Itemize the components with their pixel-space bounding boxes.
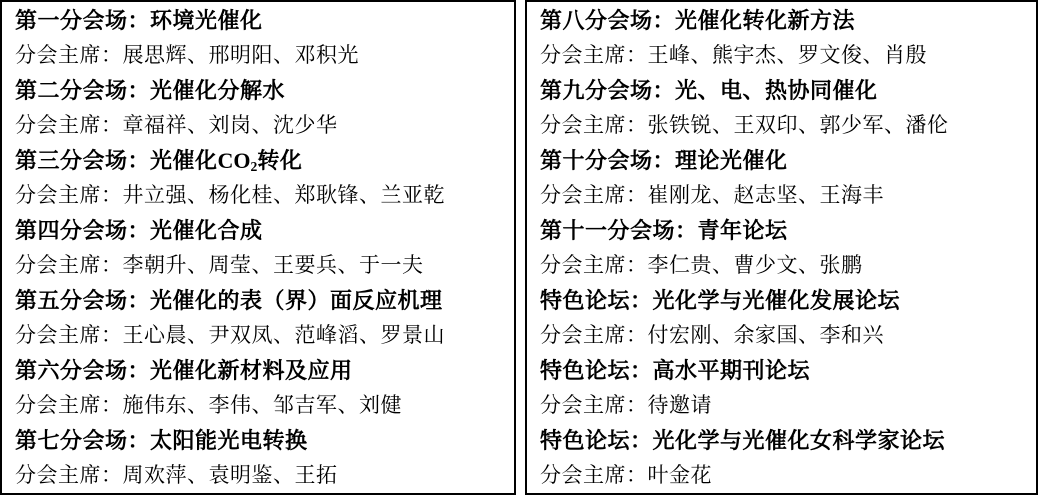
session-chairs: 分会主席：付宏刚、余家国、李和兴	[540, 318, 1028, 353]
session-block: 第一分会场：环境光催化 分会主席：展思辉、邢明阳、邓积光	[15, 3, 506, 73]
session-title: 特色论坛：光化学与光催化女科学家论坛	[540, 423, 1028, 458]
session-chairs: 分会主席：井立强、杨化桂、郑耿锋、兰亚乾	[15, 178, 506, 213]
session-chairs: 分会主席：李仁贵、曹少文、张鹏	[540, 248, 1028, 283]
session-title: 第四分会场：光催化合成	[15, 213, 506, 248]
session-title: 第十一分会场：青年论坛	[540, 213, 1028, 248]
session-chairs: 分会主席：张铁锐、王双印、郭少军、潘伦	[540, 108, 1028, 143]
session-title: 第十分会场：理论光催化	[540, 143, 1028, 178]
session-title: 特色论坛：光化学与光催化发展论坛	[540, 283, 1028, 318]
session-title: 第二分会场：光催化分解水	[15, 73, 506, 108]
session-title: 第六分会场：光催化新材料及应用	[15, 353, 506, 388]
session-block: 第五分会场：光催化的表（界）面反应机理 分会主席：王心晨、尹双凤、范峰滔、罗景山	[15, 283, 506, 353]
session-title: 第九分会场：光、电、热协同催化	[540, 73, 1028, 108]
session-chairs: 分会主席：展思辉、邢明阳、邓积光	[15, 38, 506, 73]
session-block: 特色论坛：高水平期刊论坛 分会主席：待邀请	[540, 353, 1028, 423]
session-chairs: 分会主席：周欢萍、袁明鉴、王拓	[15, 458, 506, 493]
session-block: 特色论坛：光化学与光催化女科学家论坛 分会主席：叶金花	[540, 423, 1028, 493]
session-chairs: 分会主席：王心晨、尹双凤、范峰滔、罗景山	[15, 318, 506, 353]
session-block: 特色论坛：光化学与光催化发展论坛 分会主席：付宏刚、余家国、李和兴	[540, 283, 1028, 353]
session-title: 特色论坛：高水平期刊论坛	[540, 353, 1028, 388]
session-title: 第三分会场：光催化CO2转化	[15, 143, 506, 178]
session-title: 第七分会场：太阳能光电转换	[15, 423, 506, 458]
session-block: 第七分会场：太阳能光电转换 分会主席：周欢萍、袁明鉴、王拓	[15, 423, 506, 493]
session-chairs: 分会主席：施伟东、李伟、邹吉军、刘健	[15, 388, 506, 423]
session-block: 第八分会场：光催化转化新方法 分会主席：王峰、熊宇杰、罗文俊、肖殷	[540, 3, 1028, 73]
session-block: 第九分会场：光、电、热协同催化 分会主席：张铁锐、王双印、郭少军、潘伦	[540, 73, 1028, 143]
session-block: 第四分会场：光催化合成 分会主席：李朝升、周莹、王要兵、于一夫	[15, 213, 506, 283]
conference-program-page: 第一分会场：环境光催化 分会主席：展思辉、邢明阳、邓积光 第二分会场：光催化分解…	[0, 0, 1038, 495]
session-chairs: 分会主席：叶金花	[540, 458, 1028, 493]
session-chairs: 分会主席：待邀请	[540, 388, 1028, 423]
session-block: 第十一分会场：青年论坛 分会主席：李仁贵、曹少文、张鹏	[540, 213, 1028, 283]
chemical-formula: CO2	[218, 148, 258, 173]
session-chairs: 分会主席：崔刚龙、赵志坚、王海丰	[540, 178, 1028, 213]
session-block: 第二分会场：光催化分解水 分会主席：章福祥、刘岗、沈少华	[15, 73, 506, 143]
session-block: 第六分会场：光催化新材料及应用 分会主席：施伟东、李伟、邹吉军、刘健	[15, 353, 506, 423]
session-chairs: 分会主席：李朝升、周莹、王要兵、于一夫	[15, 248, 506, 283]
session-title: 第五分会场：光催化的表（界）面反应机理	[15, 283, 506, 318]
session-title: 第八分会场：光催化转化新方法	[540, 3, 1028, 38]
sessions-panel-right: 第八分会场：光催化转化新方法 分会主席：王峰、熊宇杰、罗文俊、肖殷 第九分会场：…	[525, 0, 1038, 495]
session-chairs: 分会主席：王峰、熊宇杰、罗文俊、肖殷	[540, 38, 1028, 73]
session-chairs: 分会主席：章福祥、刘岗、沈少华	[15, 108, 506, 143]
session-block: 第三分会场：光催化CO2转化 分会主席：井立强、杨化桂、郑耿锋、兰亚乾	[15, 143, 506, 213]
session-title: 第一分会场：环境光催化	[15, 3, 506, 38]
sessions-panel-left: 第一分会场：环境光催化 分会主席：展思辉、邢明阳、邓积光 第二分会场：光催化分解…	[0, 0, 516, 495]
session-block: 第十分会场：理论光催化 分会主席：崔刚龙、赵志坚、王海丰	[540, 143, 1028, 213]
